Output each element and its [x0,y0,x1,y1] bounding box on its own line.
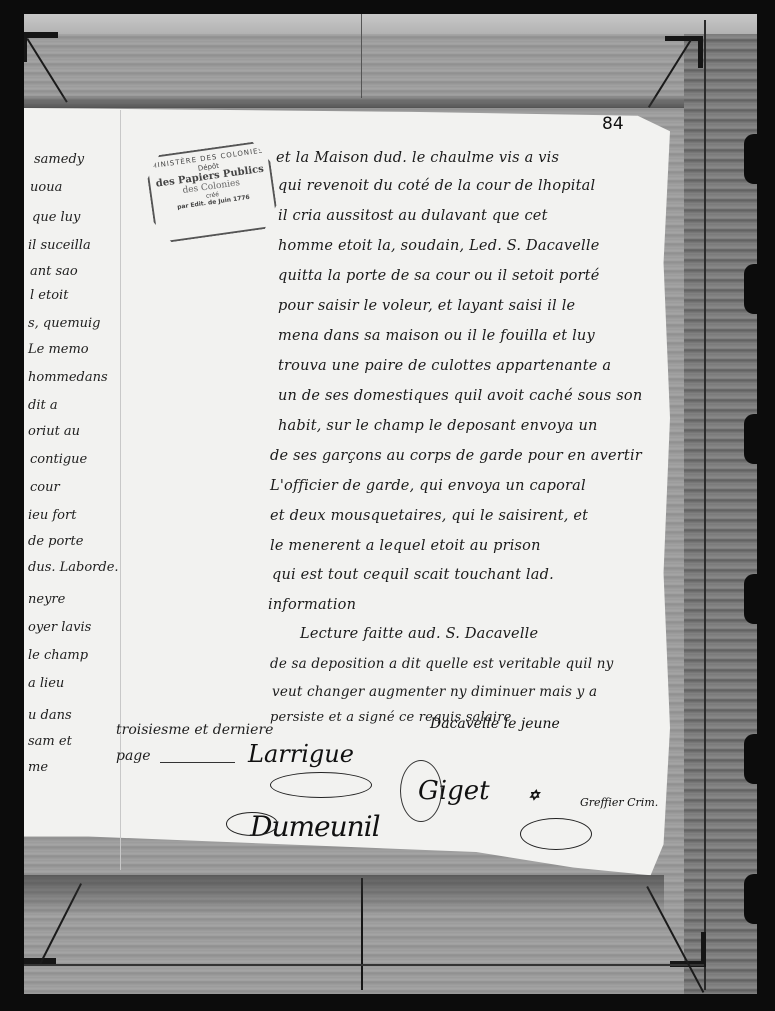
text-line: un de ses domestiques quil avoit caché s… [278,388,642,404]
closing-line: veut changer augmenter ny diminuer mais … [272,684,597,700]
paper-shadow [24,96,684,108]
text-line: habit, sur le champ le deposant envoya u… [278,418,598,434]
board-notch [744,134,764,184]
margin-fragment: contigue [30,452,87,467]
text-line: qui est tout cequil scait touchant lad. [272,567,554,583]
margin-fragment: dus. Laborde. [28,560,119,575]
text-line: information [268,597,356,613]
closing-line: Lecture faitte aud. S. Dacavelle [300,626,538,642]
signature-flourish [270,772,372,798]
text-line: il cria aussitost au dulavant que cet [278,208,548,224]
center-mark [361,14,362,98]
corner-mark-tl [24,32,27,62]
closing-line: de sa deposition a dit quelle est verita… [270,656,613,672]
folio-number: 84 [602,114,624,134]
text-line: et deux mousquetaires, qui le saisirent,… [270,508,588,524]
board-notch [744,414,764,464]
signature-flourish [520,818,592,850]
margin-fragment: sam et [28,734,72,749]
text-line: et la Maison dud. le chaulme vis a vis [276,150,559,166]
paper-shadow-bottom [24,875,664,915]
signature-clerk: Larrigue [248,740,354,768]
margin-fragment: dit a [28,398,58,413]
margin-note: troisiesme et derniere [116,722,273,738]
margin-fragment: u dans [28,708,72,723]
board-notch [744,264,764,314]
board-notch [744,734,764,784]
text-line: le menerent a lequel etoit au prison [270,538,541,554]
margin-fragment: il suceilla [28,238,91,253]
text-line: homme etoit la, soudain, Led. S. Dacavel… [278,238,600,254]
board-notch [744,574,764,624]
board-top-strip [24,14,757,34]
text-line: mena dans sa maison ou il le fouilla et … [278,328,595,344]
margin-fragment: de porte [28,534,83,549]
margin-fragment: ant sao [30,264,78,279]
text-line: quitta la porte de sa cour ou il setoit … [278,268,599,284]
signature-greffier: Greffier Crim. [580,796,658,809]
margin-fragment: uoua [30,180,62,195]
paraph-mark: ✡ [528,788,540,804]
signature-flourish [226,812,278,836]
margin-fragment: s, quemuig [28,316,101,331]
margin-fragment: neyre [28,592,65,607]
frame-bottom-line [24,964,704,966]
signature-deponent: Dacavelle le jeune [430,716,560,732]
margin-fragment: a lieu [28,676,64,691]
margin-fragment: l etoit [30,288,68,303]
text-line: de ses garçons au corps de garde pour en… [270,448,642,464]
corner-mark-tr [698,36,703,68]
line-filler [160,762,235,763]
margin-fragment: ieu fort [28,508,76,523]
margin-fragment: hommedans [28,370,108,385]
archive-stamp: MINISTÈRE DES COLONIES Dépôt des Papiers… [144,140,279,244]
margin-fragment: que luy [32,210,80,225]
margin-fragment: Le memo [28,342,89,357]
margin-fragment: oyer lavis [28,620,91,635]
margin-fragment: le champ [28,648,88,663]
text-line: qui revenoit du coté de la cour de lhopi… [278,178,595,194]
board-notch [744,874,764,924]
margin-fragment: oriut au [28,424,80,439]
margin-fragment: cour [30,480,60,495]
margin-fragment: me [28,760,48,775]
corner-mark-br [701,932,706,967]
margin-note: page [116,748,151,764]
corner-mark-tl [24,32,58,38]
text-line: pour saisir le voleur, et layant saisi i… [278,298,575,314]
signature-flourish [400,760,442,822]
text-line: L'officier de garde, qui envoya un capor… [270,478,586,494]
margin-fragment: samedy [34,152,84,167]
text-line: trouva une paire de culottes appartenant… [278,358,611,374]
frame-vertical-line [704,20,706,990]
